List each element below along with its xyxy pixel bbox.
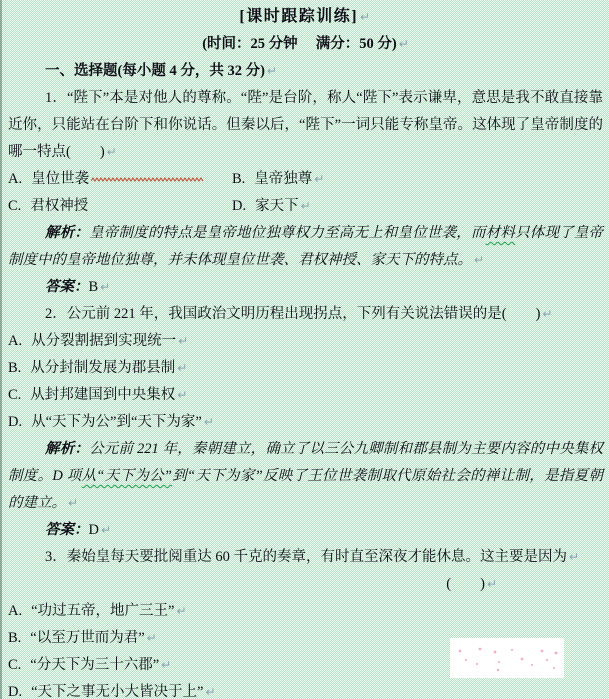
paragraph-mark-icon: ↵ xyxy=(360,10,372,24)
q2-option-b: B.从分封制发展为郡县制↵ xyxy=(8,355,603,382)
option-key: C. xyxy=(8,657,21,673)
paragraph-mark-icon: ↵ xyxy=(399,37,409,51)
option-text: 皇位世袭 xyxy=(31,171,89,187)
option-key: D. xyxy=(232,198,246,214)
paragraph-mark-icon: ↵ xyxy=(161,658,171,672)
screenshot-edge xyxy=(0,0,2,699)
paragraph-mark-icon: ↵ xyxy=(107,145,117,159)
paragraph-mark-icon: ↵ xyxy=(301,199,311,213)
option-text: 皇帝独尊 xyxy=(254,171,312,187)
option-key: D. xyxy=(8,684,22,699)
q3-option-a: A.“功过五帝，地广三王”↵ xyxy=(8,598,603,625)
option-key: A. xyxy=(8,171,22,187)
analysis-label: 解析： xyxy=(45,441,89,457)
page-title: [课时跟踪训练]↵ xyxy=(8,3,603,31)
q3-option-d: D.“天下之事无小大皆决于上”↵ xyxy=(8,679,603,699)
q3-stem-text: 3．秦始皇每天要批阅重达 60 千克的奏章，有时直至深夜才能休息。这主要是因为 xyxy=(45,549,567,565)
option-key: B. xyxy=(232,171,245,187)
option-text: “以至万世而为君” xyxy=(30,630,144,646)
section-heading-text: 一、选择题(每小题 4 分，共 32 分) xyxy=(45,63,265,79)
q2-option-c: C.从封邦建国到中央集权↵ xyxy=(8,382,603,409)
answer-value: D xyxy=(89,522,99,538)
q2-answer: 答案：D↵ xyxy=(8,517,603,544)
spellcheck-squiggle-red-icon xyxy=(91,177,205,183)
q1-stem: 1．“陛下”本是对他人的尊称。“陛”是台阶，称人“陛下”表示谦卑，意思是我不敢直… xyxy=(8,85,603,166)
paragraph-mark-icon: ↵ xyxy=(147,631,157,645)
grammar-squiggle-green: 材料 xyxy=(486,225,515,241)
option-text: 从“天下为公”到“天下为家” xyxy=(31,414,202,430)
analysis-label: 解析： xyxy=(45,225,89,241)
paragraph-mark-icon: ↵ xyxy=(204,415,214,429)
page-title-text: [课时跟踪训练] xyxy=(239,8,358,25)
watermark xyxy=(450,638,564,678)
option-text: 从封邦建国到中央集权 xyxy=(30,387,175,403)
option-key: A. xyxy=(8,333,22,349)
q2-option-d: D.从“天下为公”到“天下为家”↵ xyxy=(8,409,603,436)
q2-option-a: A.从分裂割据到实现统一↵ xyxy=(8,328,603,355)
paragraph-mark-icon: ↵ xyxy=(474,253,484,267)
q3-stem: 3．秦始皇每天要批阅重达 60 千克的奏章，有时直至深夜才能休息。这主要是因为↵ xyxy=(8,544,603,571)
q1-options-row-1: A.皇位世袭 B.皇帝独尊↵ xyxy=(8,166,603,193)
paragraph-mark-icon: ↵ xyxy=(178,334,188,348)
q1-options-row-2: C.君权神授 D.家天下↵ xyxy=(8,193,603,220)
grammar-squiggle-green: 从“天下为公” xyxy=(82,468,172,484)
option-text: 家天下 xyxy=(255,198,299,214)
paragraph-mark-icon: ↵ xyxy=(100,280,110,294)
paragraph-mark-icon: ↵ xyxy=(176,604,186,618)
paragraph-mark-icon: ↵ xyxy=(542,307,552,321)
paragraph-mark-icon: ↵ xyxy=(267,64,277,78)
paragraph-mark-icon: ↵ xyxy=(314,172,324,186)
option-key: C. xyxy=(8,387,21,403)
option-key: B. xyxy=(8,360,21,376)
q1-analysis: 解析：皇帝制度的特点是皇帝地位独尊权力至高无上和皇位世袭，而材料只体现了皇帝制度… xyxy=(8,220,603,274)
q3-answer-paren: ( )↵ xyxy=(8,571,603,598)
answer-label: 答案： xyxy=(45,279,89,295)
analysis-text: 皇帝制度的特点是皇帝地位独尊权力至高无上和皇位世袭，而 xyxy=(89,225,486,241)
answer-value: B xyxy=(89,279,99,295)
option-key: D. xyxy=(8,414,22,430)
option-text: “分天下为三十六郡” xyxy=(30,657,159,673)
q2-stem-text: 2．公元前 221 年，我国政治文明历程出现拐点，下列有关说法错误的是( ) xyxy=(45,306,540,322)
option-key: B. xyxy=(8,630,21,646)
q1-option-b: B.皇帝独尊↵ xyxy=(232,166,324,193)
option-key: C. xyxy=(8,198,21,214)
option-text: 从分封制发展为郡县制 xyxy=(30,360,175,376)
q1-stem-text: 1．“陛下”本是对他人的尊称。“陛”是台阶，称人“陛下”表示谦卑，意思是我不敢直… xyxy=(8,90,603,160)
q1-option-d: D.家天下↵ xyxy=(232,193,311,220)
paragraph-mark-icon: ↵ xyxy=(68,496,78,510)
paragraph-mark-icon: ↵ xyxy=(487,577,497,591)
answer-label: 答案： xyxy=(45,522,89,538)
section-heading: 一、选择题(每小题 4 分，共 32 分)↵ xyxy=(8,58,603,85)
q1-option-c: C.君权神授 xyxy=(8,193,232,220)
option-text: “天下之事无小大皆决于上” xyxy=(31,684,203,699)
option-text: 从分裂割据到实现统一 xyxy=(31,333,176,349)
paragraph-mark-icon: ↵ xyxy=(177,361,187,375)
q2-stem: 2．公元前 221 年，我国政治文明历程出现拐点，下列有关说法错误的是( )↵ xyxy=(8,301,603,328)
document-page: [课时跟踪训练]↵ (时间：25 分钟 满分：50 分)↵ 一、选择题(每小题 … xyxy=(0,0,609,699)
q1-option-a: A.皇位世袭 xyxy=(8,166,232,193)
option-text: “功过五帝，地广三王” xyxy=(31,603,174,619)
paren-blank: ( ) xyxy=(446,576,485,592)
paragraph-mark-icon: ↵ xyxy=(177,388,187,402)
paragraph-mark-icon: ↵ xyxy=(569,550,579,564)
option-key: A. xyxy=(8,603,22,619)
exam-info: (时间：25 分钟 满分：50 分)↵ xyxy=(8,31,603,58)
paragraph-mark-icon: ↵ xyxy=(205,685,215,699)
q1-answer: 答案：B↵ xyxy=(8,274,603,301)
q2-analysis: 解析：公元前 221 年，秦朝建立，确立了以三公九卿制和郡县制为主要内容的中央集… xyxy=(8,436,603,517)
option-text: 君权神授 xyxy=(30,198,88,214)
exam-info-text: (时间：25 分钟 满分：50 分) xyxy=(202,36,397,52)
paragraph-mark-icon: ↵ xyxy=(101,523,111,537)
